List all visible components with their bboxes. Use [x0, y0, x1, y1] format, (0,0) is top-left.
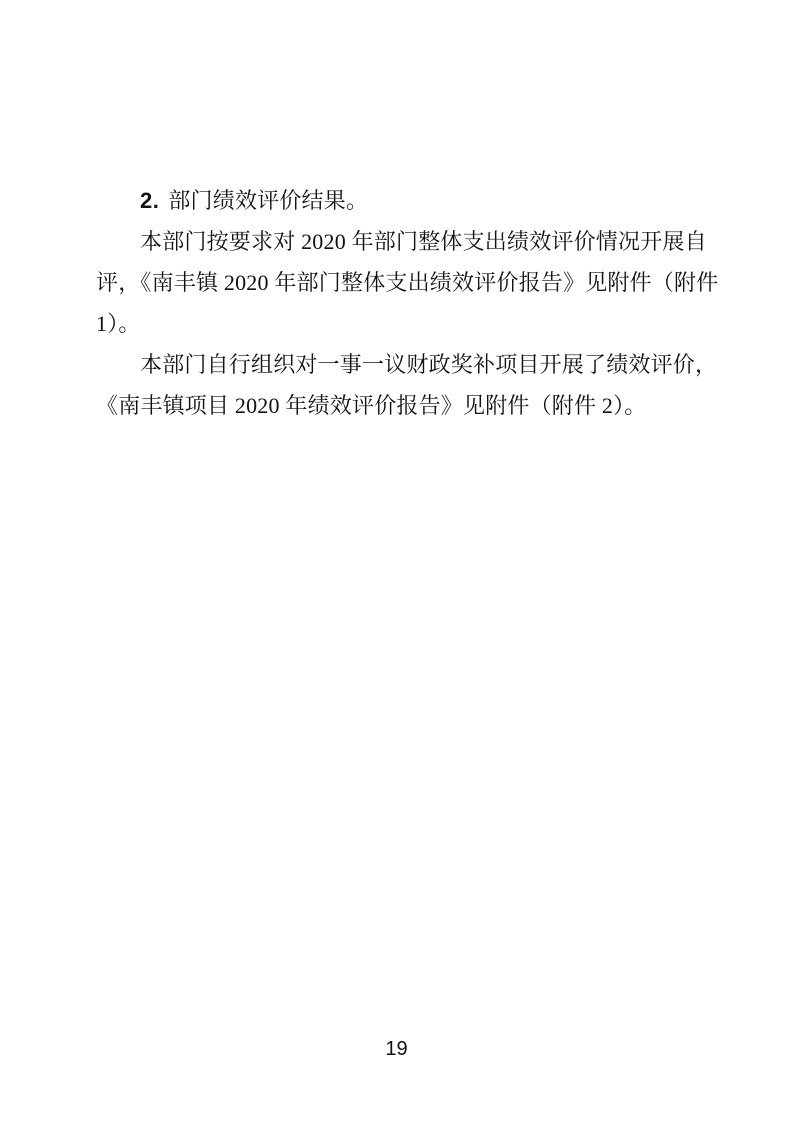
document-page: 2.部门绩效评价结果。 本部门按要求对 2020 年部门整体支出绩效评价情况开展…	[0, 0, 793, 1122]
paragraph-line: 本部门自行组织对一事一议财政奖补项目开展了绩效评价，	[96, 344, 721, 385]
paragraph-line: 1）。	[96, 303, 721, 344]
section-heading: 2.部门绩效评价结果。	[96, 180, 721, 221]
paragraph-project-evaluation: 本部门自行组织对一事一议财政奖补项目开展了绩效评价， 《南丰镇项目 2020 年…	[96, 344, 721, 426]
page-number: 19	[385, 1038, 407, 1060]
section-heading-title: 部门绩效评价结果。	[168, 188, 368, 213]
paragraph-line: 《南丰镇项目 2020 年绩效评价报告》见附件（附件 2）。	[96, 385, 721, 426]
document-content: 2.部门绩效评价结果。 本部门按要求对 2020 年部门整体支出绩效评价情况开展…	[96, 180, 721, 426]
paragraph-self-evaluation: 本部门按要求对 2020 年部门整体支出绩效评价情况开展自 评，《南丰镇 202…	[96, 221, 721, 344]
paragraph-line: 评，《南丰镇 2020 年部门整体支出绩效评价报告》见附件（附件	[96, 262, 721, 303]
section-heading-number: 2.	[140, 188, 159, 213]
page-footer: 19	[0, 1036, 793, 1062]
paragraph-line: 本部门按要求对 2020 年部门整体支出绩效评价情况开展自	[96, 221, 721, 262]
